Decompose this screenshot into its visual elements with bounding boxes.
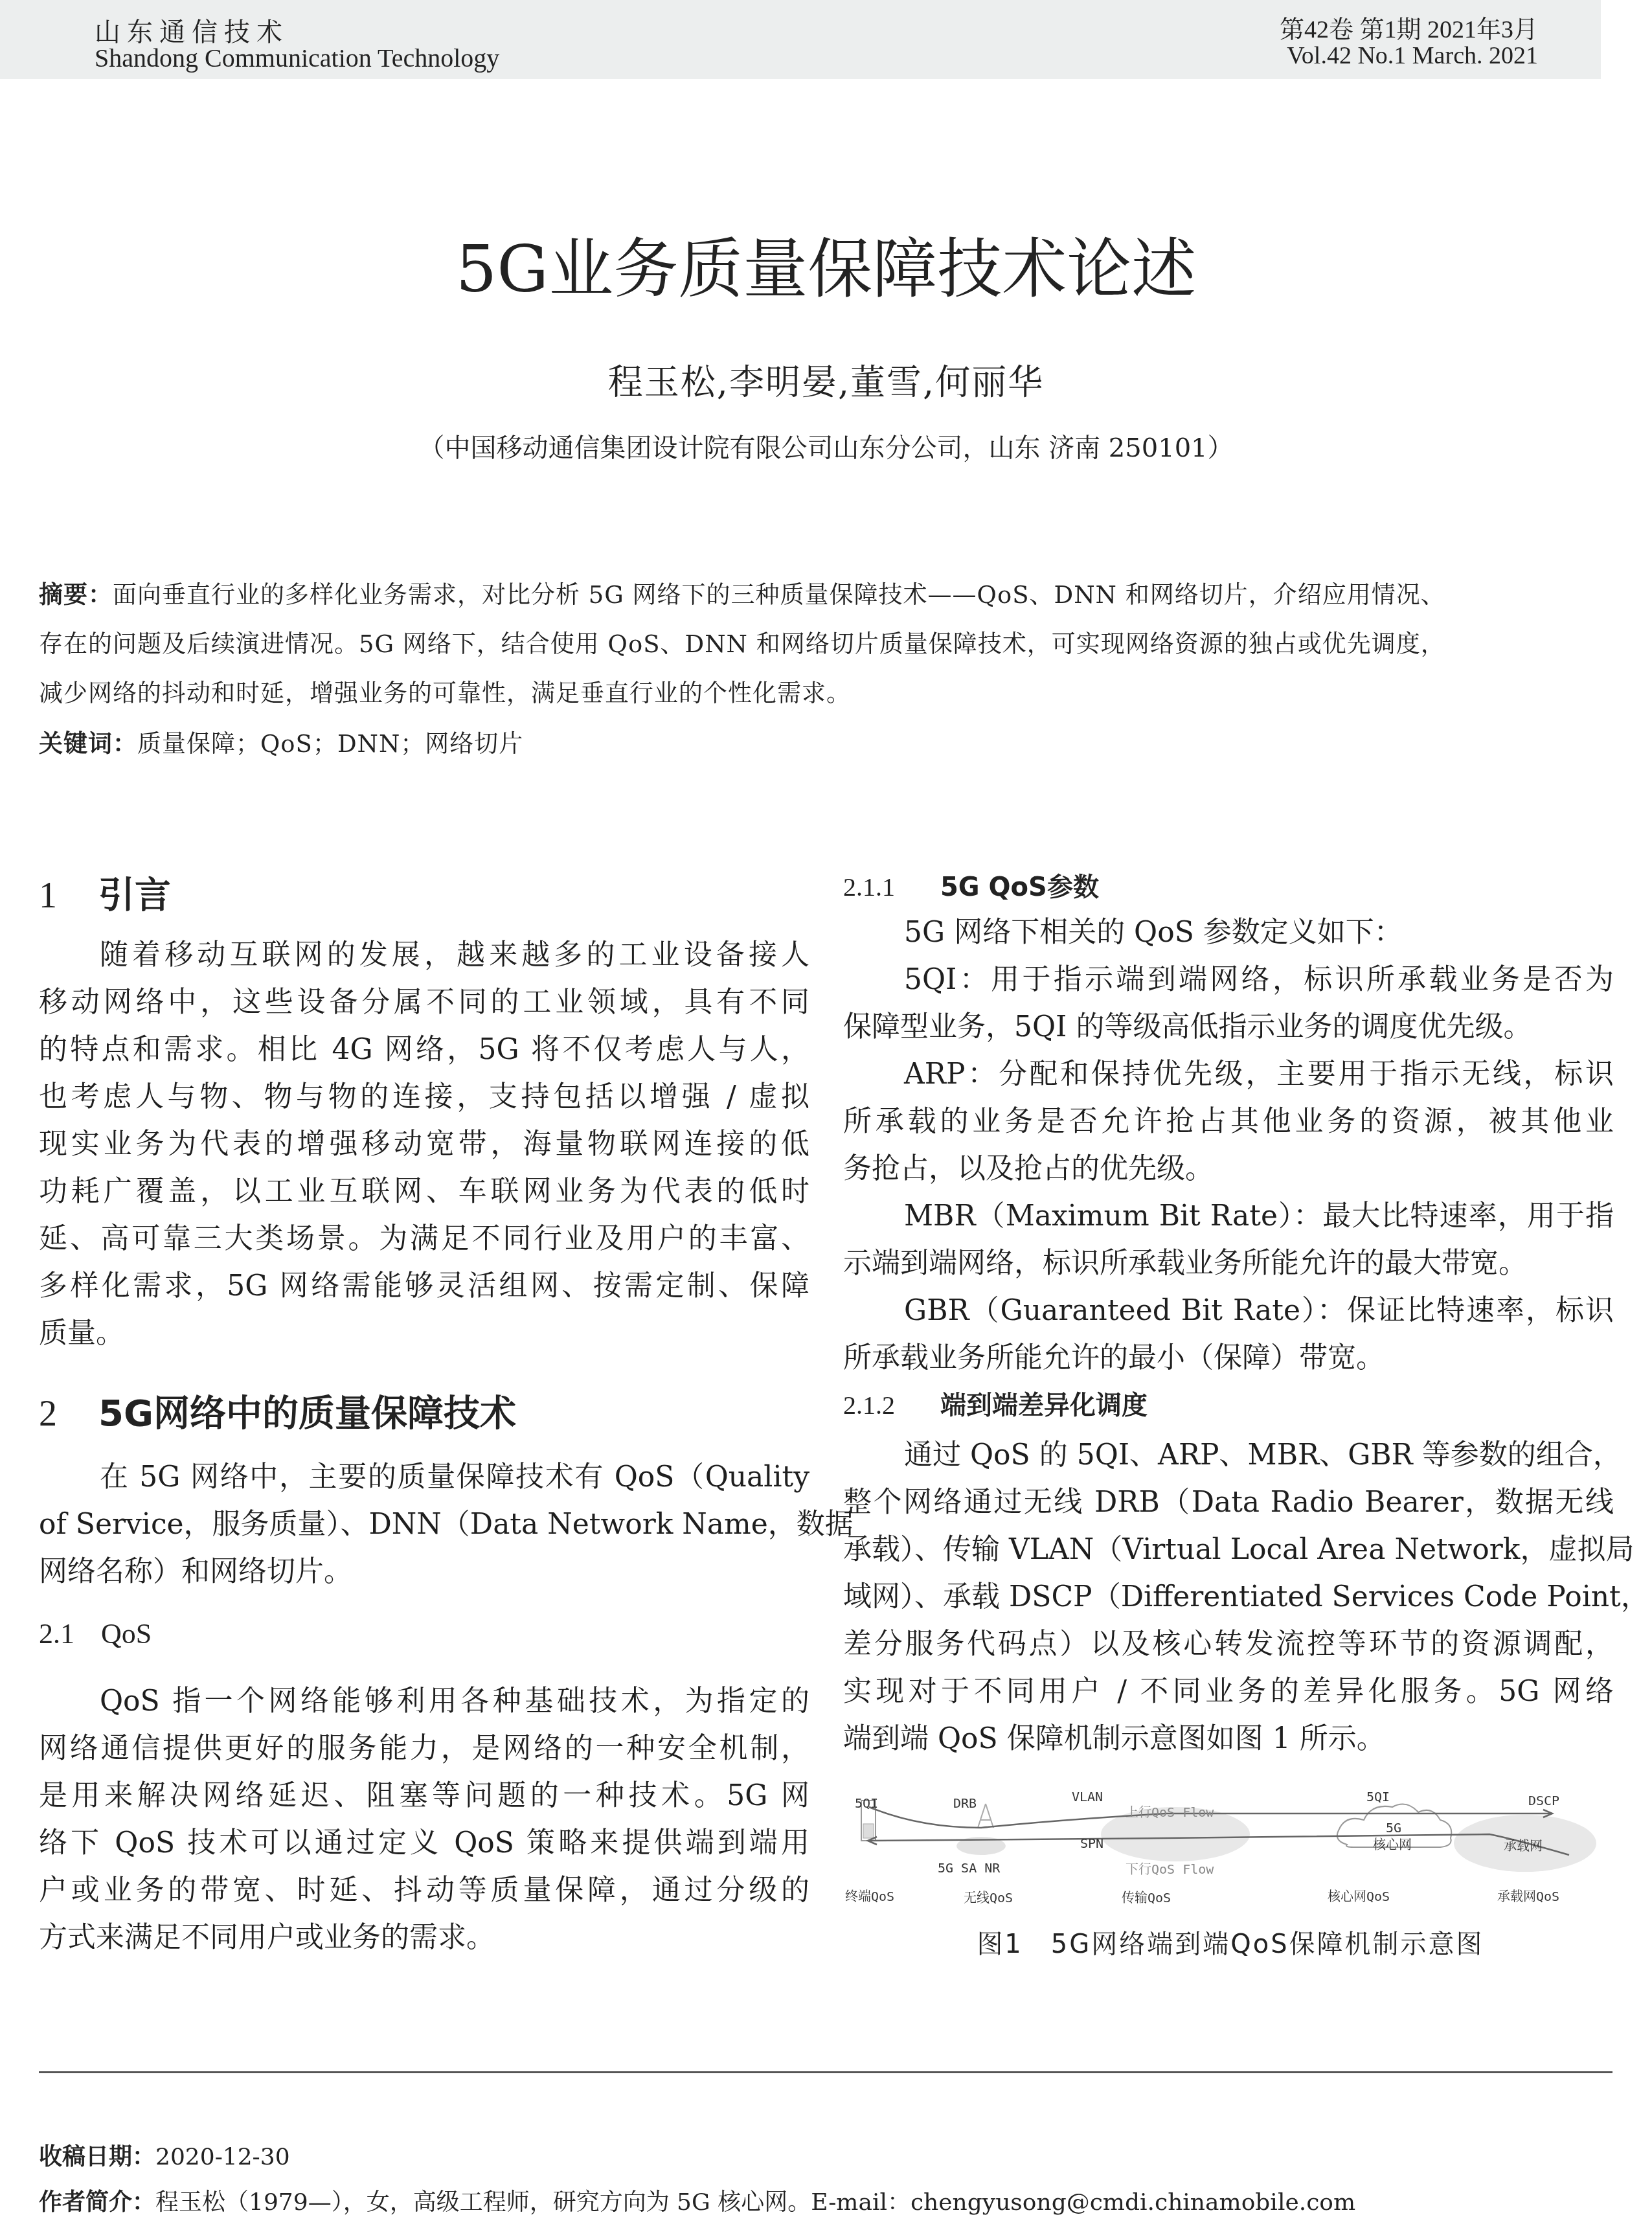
paragraph-line: 网络通信提供更好的服务能力，是网络的一种安全机制， [39, 1725, 809, 1766]
paragraph-line: 网络名称）和网络切片。 [39, 1548, 809, 1589]
figure-caption: 图1 5G网络端到端QoS保障机制示意图 [842, 1924, 1619, 1961]
label-bearer-qos: 承载网QoS [1497, 1886, 1559, 1905]
paragraph-line: 域网）、承载 DSCP（Differentiated Services Code… [843, 1573, 1614, 1615]
paragraph-line: 络下 QoS 技术可以通过定义 QoS 策略来提供端到端用 [39, 1819, 809, 1861]
section-heading-2-1-1: 2.1.15G QoS参数 [843, 867, 1099, 904]
paragraph-line: 承载）、传输 VLAN（Virtual Local Area Network，虚… [843, 1526, 1614, 1567]
paragraph-line: 通过 QoS 的 5QI、ARP、MBR、GBR 等参数的组合， [843, 1431, 1614, 1473]
paragraph-line: 差分服务代码点）以及核心转发流控等环节的资源调配， [843, 1620, 1614, 1662]
author-bio-label: 作者简介： [39, 2189, 155, 2216]
paragraph-line: 实现对于不同用户 / 不同业务的差异化服务。5G 网络 [843, 1668, 1614, 1709]
label-drb: DRB [953, 1795, 977, 1811]
label-bearer-network: 承载网 [1504, 1836, 1543, 1854]
paragraph-line: 也考虑人与物、物与物的连接，支持包括以增强 / 虚拟 [39, 1073, 809, 1115]
paragraph-line: 5QI：用于指示端到端网络，标识所承载业务是否为 [843, 956, 1614, 997]
paragraph-line: ARP：分配和保持优先级，主要用于指示无线，标识 [843, 1051, 1614, 1092]
section-heading-2: 25G网络中的质量保障技术 [39, 1385, 516, 1437]
received-date-line: 收稿日期：2020-12-30 [39, 2139, 290, 2172]
paragraph-line: 质量。 [39, 1310, 809, 1351]
paragraph-line: QoS 指一个网络能够利用各种基础技术，为指定的 [39, 1677, 809, 1719]
author-bio-line: 作者简介：程玉松（1979—），女，高级工程师，研究方向为 5G 核心网。E-m… [39, 2184, 1355, 2217]
paragraph-line: 多样化需求，5G 网络需能够灵活组网、按需定制、保障 [39, 1262, 809, 1304]
paragraph-line: 是用来解决网络延迟、阻塞等问题的一种技术。5G 网 [39, 1772, 809, 1813]
author-bio: 程玉松（1979—），女，高级工程师，研究方向为 5G 核心网。E-mail：c… [155, 2189, 1355, 2216]
paragraph-line: 方式来满足不同用户或业务的需求。 [39, 1914, 809, 1955]
label-dscp: DSCP [1528, 1793, 1559, 1808]
label-uplink-flow: 上行QoS Flow [1126, 1802, 1214, 1821]
paragraph-line: of Service，服务质量）、DNN（Data Network Name，数… [39, 1501, 809, 1542]
paragraph-line: 户或业务的带宽、时延、抖动等质量保障，通过分级的 [39, 1867, 809, 1908]
paragraph-line: 所承载的业务是否允许抢占其他业务的资源，被其他业 [843, 1098, 1614, 1139]
paragraph-line: 延、高可靠三大类场景。为满足不同行业及用户的丰富、 [39, 1215, 809, 1256]
label-radio-qos: 无线QoS [964, 1887, 1013, 1906]
paragraph-line: 随着移动互联网的发展，越来越多的工业设备接人 [39, 931, 809, 973]
paragraph-line: 端到端 QoS 保障机制示意图如图 1 所示。 [843, 1715, 1614, 1757]
paragraph-line: 在 5G 网络中，主要的质量保障技术有 QoS（Quality [39, 1453, 809, 1495]
paragraph-line: GBR（Guaranteed Bit Rate）：保证比特速率，标识 [843, 1287, 1614, 1328]
paragraph-line: 5G 网络下相关的 QoS 参数定义如下： [843, 909, 1614, 950]
paragraph-line: 整个网络通过无线 DRB（Data Radio Bearer，数据无线 [843, 1479, 1614, 1520]
paragraph-line: 现实业务为代表的增强移动宽带，海量物联网连接的低 [39, 1120, 809, 1162]
paragraph-line: 移动网络中，这些设备分属不同的工业领域，具有不同 [39, 979, 809, 1020]
label-5qi-core: 5QI [1366, 1789, 1390, 1804]
paragraph-line: 示端到端网络，标识所承载业务所能允许的最大带宽。 [843, 1240, 1614, 1281]
label-vlan: VLAN [1072, 1789, 1103, 1804]
received-label: 收稿日期： [39, 2144, 155, 2170]
paragraph-line: 保障型业务，5QI 的等级高低指示业务的调度优先级。 [843, 1003, 1614, 1045]
label-5qi-terminal: 5QI [855, 1795, 878, 1811]
label-5g-sa-nr: 5G SA NR [938, 1860, 1000, 1876]
paragraph-line: 功耗广覆盖，以工业互联网、车联网业务为代表的低时 [39, 1168, 809, 1209]
figure-qos-diagram: 5QI DRB VLAN 5QI DSCP 上行QoS Flow 下行QoS F… [842, 1781, 1619, 1911]
label-downlink-flow: 下行QoS Flow [1126, 1859, 1214, 1878]
left-column: 1引言 随着移动互联网的发展，越来越多的工业设备接人 移动网络中，这些设备分属不… [39, 0, 809, 2217]
received-date: 2020-12-30 [155, 2144, 290, 2170]
label-5g-core: 5G [1386, 1820, 1401, 1836]
label-spn: SPN [1080, 1836, 1103, 1851]
label-core-network: 核心网 [1373, 1834, 1412, 1853]
section-heading-1: 1引言 [39, 867, 171, 918]
section-heading-2-1-2: 2.1.2端到端差异化调度 [843, 1385, 1148, 1422]
paragraph-line: 的特点和需求。相比 4G 网络，5G 将不仅考虑人与人， [39, 1026, 809, 1067]
footer-divider [39, 2071, 1612, 2073]
tower-icon [978, 1804, 993, 1828]
paragraph-line: MBR（Maximum Bit Rate）：最大比特速率，用于指 [843, 1192, 1614, 1234]
label-transport-qos: 传输QoS [1122, 1887, 1171, 1906]
label-terminal-qos: 终端QoS [845, 1886, 894, 1905]
section-heading-2-1: 2.1QoS [39, 1617, 152, 1650]
paragraph-line: 所承载业务所能允许的最小（保障）带宽。 [843, 1334, 1614, 1376]
paragraph-line: 务抢占，以及抢占的优先级。 [843, 1145, 1614, 1187]
label-core-qos: 核心网QoS [1328, 1886, 1390, 1905]
